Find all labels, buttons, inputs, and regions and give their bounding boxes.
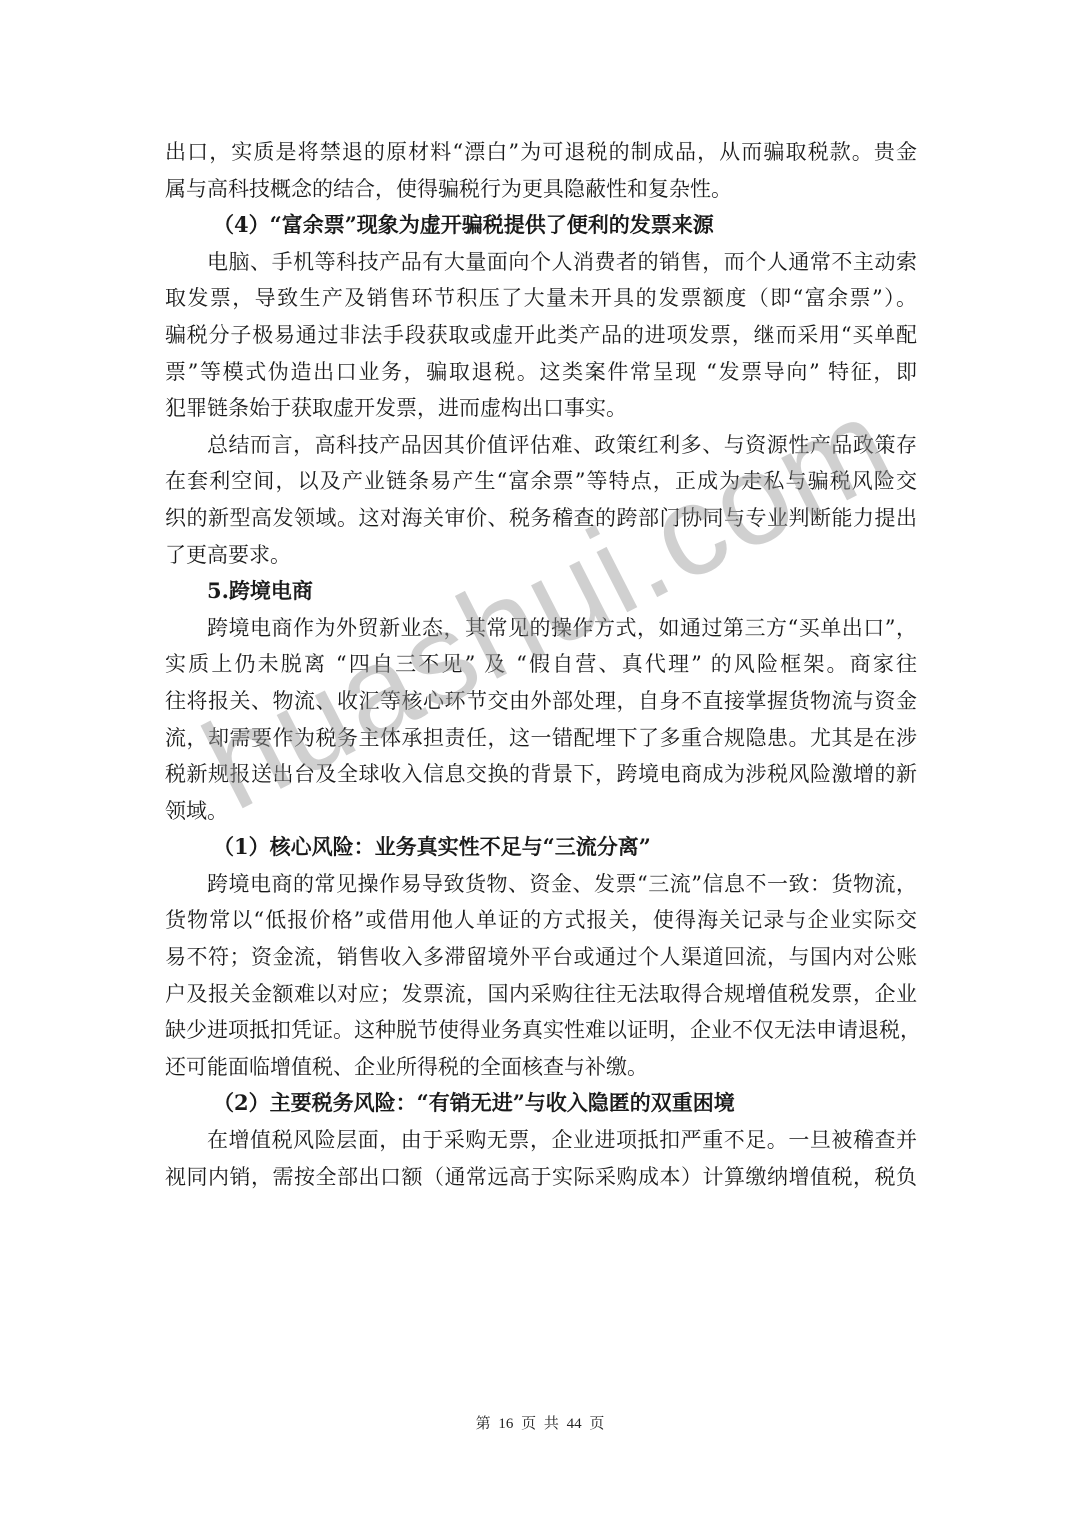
body-line: 票”等模式伪造出口业务，骗取退税。这类案件常呈现 “发票导向” 特征，即 (165, 354, 917, 391)
body-line: 织的新型高发领域。这对海关审价、税务稽查的跨部门协同与专业判断能力提出 (165, 500, 917, 537)
body-line: 属与高科技概念的结合，使得骗税行为更具隐蔽性和复杂性。 (165, 171, 917, 208)
body-line: 在增值税风险层面，由于采购无票，企业进项抵扣严重不足。一旦被稽查并 (165, 1122, 917, 1159)
body-line: 户及报关金额难以对应；发票流，国内采购往往无法取得合规增值税发票，企业 (165, 976, 917, 1013)
subheading-2-main-tax-risk: （2）主要税务风险：“有销无进”与收入隐匿的双重困境 (165, 1085, 917, 1122)
body-line: 领域。 (165, 793, 917, 830)
body-line: 电脑、手机等科技产品有大量面向个人消费者的销售，而个人通常不主动索 (165, 244, 917, 281)
section-heading-cross-border-ecommerce: 5.跨境电商 (165, 573, 917, 610)
body-line: 视同内销，需按全部出口额（通常远高于实际采购成本）计算缴纳增值税，税负 (165, 1159, 917, 1196)
body-line: 总结而言，高科技产品因其价值评估难、政策红利多、与资源性产品政策存 (165, 427, 917, 464)
body-line: 在套利空间，以及产业链条易产生“富余票”等特点，正成为走私与骗税风险交 (165, 463, 917, 500)
body-line: 还可能面临增值税、企业所得税的全面核查与补缴。 (165, 1049, 917, 1086)
body-line: 实质上仍未脱离 “四自三不见” 及 “假自营、真代理” 的风险框架。商家往 (165, 646, 917, 683)
body-line: 犯罪链条始于获取虚开发票，进而虚构出口事实。 (165, 390, 917, 427)
body-line: 缺少进项抵扣凭证。这种脱节使得业务真实性难以证明，企业不仅无法申请退税， (165, 1012, 917, 1049)
body-line: 税新规报送出台及全球收入信息交换的背景下，跨境电商成为涉税风险激增的新 (165, 756, 917, 793)
subheading-4-surplus-invoices: （4）“富余票”现象为虚开骗税提供了便利的发票来源 (165, 207, 917, 244)
body-line: 出口，实质是将禁退的原材料“漂白”为可退税的制成品，从而骗取税款。贵金 (165, 134, 917, 171)
page-number-footer: 第 16 页 共 44 页 (0, 1412, 1080, 1433)
subheading-1-core-risk: （1）核心风险：业务真实性不足与“三流分离” (165, 829, 917, 866)
body-line: 取发票，导致生产及销售环节积压了大量未开具的发票额度（即“富余票”）。 (165, 280, 917, 317)
body-line: 骗税分子极易通过非法手段获取或虚开此类产品的进项发票，继而采用“买单配 (165, 317, 917, 354)
document-page-body: 出口，实质是将禁退的原材料“漂白”为可退税的制成品，从而骗取税款。贵金 属与高科… (165, 134, 917, 1195)
body-line: 了更高要求。 (165, 537, 917, 574)
body-line: 往将报关、物流、收汇等核心环节交由外部处理，自身不直接掌握货物流与资金 (165, 683, 917, 720)
body-line: 货物常以“低报价格”或借用他人单证的方式报关，使得海关记录与企业实际交 (165, 902, 917, 939)
body-line: 易不符；资金流，销售收入多滞留境外平台或通过个人渠道回流，与国内对公账 (165, 939, 917, 976)
body-line: 流，却需要作为税务主体承担责任，这一错配埋下了多重合规隐患。尤其是在涉 (165, 720, 917, 757)
body-line: 跨境电商的常见操作易导致货物、资金、发票“三流”信息不一致：货物流， (165, 866, 917, 903)
body-line: 跨境电商作为外贸新业态，其常见的操作方式，如通过第三方“买单出口”， (165, 610, 917, 647)
